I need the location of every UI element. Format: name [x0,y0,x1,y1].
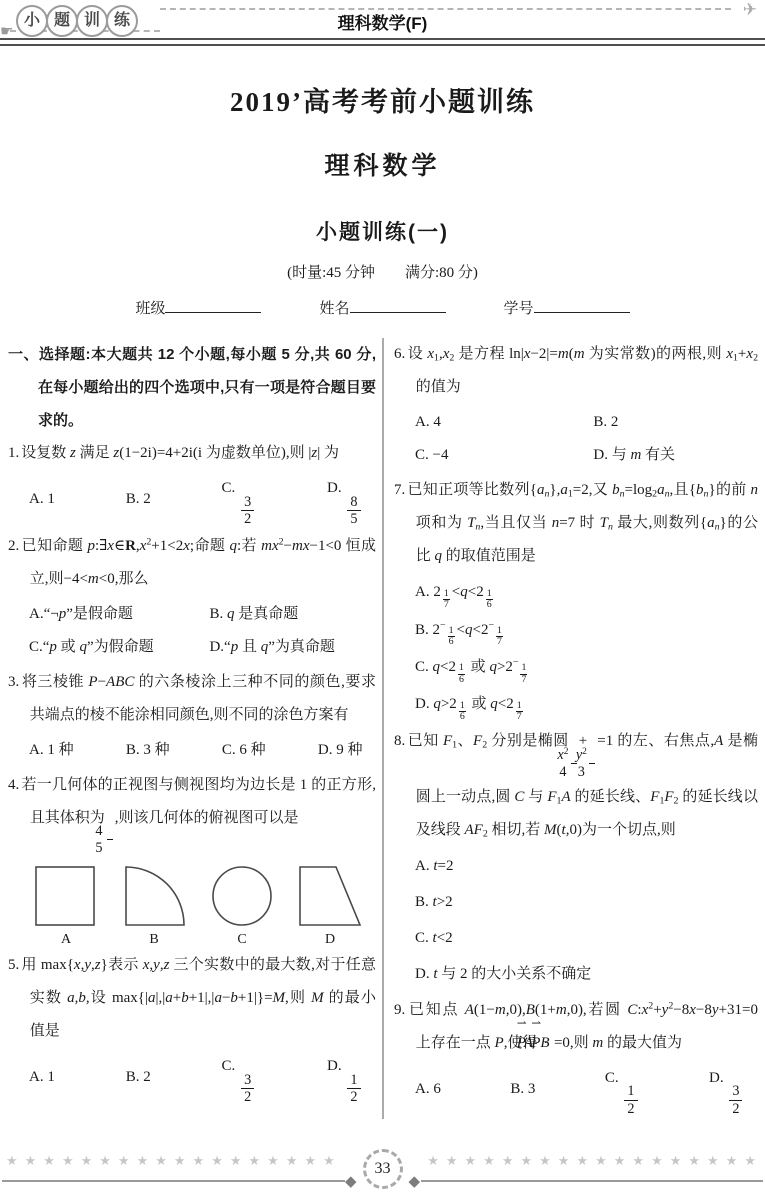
footer-left-segment: ★★★★★★★★★★★★★★★★★★ ◆ [0,1151,357,1191]
circle-figure [206,863,278,929]
class-label: 班级 [135,301,165,317]
main-title: 2019’高考考前小题训练 [0,80,765,119]
question-5: 5.用 max{x,y,z}表示 x,y,z 三个实数中的最大数,对于任意实数 … [8,949,376,1105]
page-number: 33 [375,1160,391,1178]
options-row: A. 1 B. 2 C. 32 D. 85 [8,472,376,527]
options-stack: A. 217<q<216 B. 2−16<q<2−17 C. q<216 或 q… [394,576,758,722]
answer-shape-figures: A B C [8,857,376,949]
shape-label: D [294,931,366,949]
question-stem: 1.设复数 z 满足 z(1−2i)=4+2i(i 为虚数单位),则 |z| 为 [8,437,376,470]
question-stem: 4.若一几何体的正视图与侧视图均为边长是 1 的正方形,且其体积为45,则该几何… [8,769,376,857]
option-a: A.“¬p”是假命题 [29,598,209,631]
footer-rule [2,1180,345,1182]
section-title: 小题训练(一) [0,220,765,246]
question-3: 3.将三棱锥 P−ABC 的六条棱涂上三种不同的颜色,要求共端点的棱不能涂相同颜… [8,666,376,767]
question-2: 2.已知命题 p:∃x∈R,x2+1<2x;命题 q:若 mx2−mx−1<0 … [8,530,376,664]
student-fields: 班级 姓名 学号 [0,297,765,318]
dashed-divider [160,8,731,10]
options-row: A. 6 B. 3 C. 12 D. 32 [394,1062,758,1117]
question-9: 9.已知点 A(1−m,0),B(1+m,0),若圆 C:x2+y2−8x−8y… [394,994,758,1117]
shape-option-c: C [206,863,278,949]
star-row: ★★★★★★★★★★★★★★★★★★ [6,1153,341,1169]
options-row: A. 1 种 B. 3 种 C. 6 种 D. 9 种 [8,734,376,767]
diamond-icon: ◆ [345,1175,357,1190]
option-b: B. 3 [510,1073,535,1106]
exam-meta: (时量:45 分钟 满分:80 分) [0,261,765,282]
question-number: 3. [8,674,19,690]
star-row: ★★★★★★★★★★★★★★★★★★ [425,1153,764,1169]
question-7: 7.已知正项等比数列{an},a1=2,又 bn=log2an,且{bn}的前 … [394,474,758,722]
title-block: 2019’高考考前小题训练 理科数学 小题训练(一) (时量:45 分钟 满分:… [0,0,765,318]
header-rule [0,38,765,46]
question-text: 已知正项等比数列{an},a1=2,又 bn=log2an,且{bn}的前 n … [407,482,758,564]
option-d: D. t 与 2 的大小关系不确定 [415,958,758,991]
option-c: C. −4 [415,439,593,472]
option-a: A. 217<q<216 [415,576,758,610]
shape-label: C [206,931,278,949]
logo-char-circle: 小 [16,5,48,37]
option-a: A. 4 [415,406,593,439]
options-grid: A. 4 B. 2 C. −4 D. 与 m 有关 [394,406,758,472]
student-id-label: 学号 [504,301,534,317]
option-d: D. q>216 或 q<217 [415,688,758,722]
question-number: 5. [8,957,19,973]
shape-label: A [30,931,102,949]
question-text: 设复数 z 满足 z(1−2i)=4+2i(i 为虚数单位),则 |z| 为 [21,445,339,461]
option-c: C. 6 种 [222,734,266,767]
option-b: B. 2 [126,483,151,516]
option-c: C. 32 [222,1050,257,1105]
question-4: 4.若一几何体的正视图与侧视图均为边长是 1 的正方形,且其体积为45,则该几何… [8,769,376,949]
student-id-blank-line [534,297,630,313]
question-number: 6. [394,346,405,362]
trapezoid-figure [294,863,366,929]
class-field: 班级 [135,297,261,318]
question-stem: 7.已知正项等比数列{an},a1=2,又 bn=log2an,且{bn}的前 … [394,474,758,573]
option-b: B. 3 种 [126,734,170,767]
shape-label: B [118,931,190,949]
logo-char-circle: 题 [46,5,78,37]
question-stem: 8.已知 F1、F2 分别是椭圆x24+y23=1 的左、右焦点,A 是椭圆上一… [394,725,758,846]
question-text: 已知 F1、F2 分别是椭圆x24+y23=1 的左、右焦点,A 是椭圆上一动点… [407,733,758,837]
right-column: 6.设 x1,x2 是方程 ln|x−2|=m(m 为实常数)的两根,则 x1+… [384,338,758,1119]
question-stem: 2.已知命题 p:∃x∈R,x2+1<2x;命题 q:若 mx2−mx−1<0 … [8,530,376,596]
question-columns: 一、选择题:本大题共 12 个小题,每小题 5 分,共 60 分,在每小题给出的… [0,338,765,1119]
option-c: C. 32 [222,472,257,527]
option-d: D. 85 [327,472,362,527]
page-number-badge: 33 [363,1149,403,1189]
option-d: D. 9 种 [318,734,363,767]
question-1: 1.设复数 z 满足 z(1−2i)=4+2i(i 为虚数单位),则 |z| 为… [8,437,376,527]
option-a: A. 6 [415,1073,441,1106]
class-blank-line [165,297,261,313]
question-text: 用 max{x,y,z}表示 x,y,z 三个实数中的最大数,对于任意实数 a,… [21,957,376,1039]
option-c: C. 12 [605,1062,640,1117]
question-text: 若一几何体的正视图与侧视图均为边长是 1 的正方形,且其体积为45,则该几何体的… [21,777,376,826]
options-row: A. 1 B. 2 C. 32 D. 12 [8,1050,376,1105]
question-stem: 9.已知点 A(1−m,0),B(1+m,0),若圆 C:x2+y2−8x−8y… [394,994,758,1060]
option-b: B. t>2 [415,886,758,919]
name-field: 姓名 [319,297,445,318]
page-header: ☛ 小 题 训 练 ✈ 理科数学(F) [0,0,765,46]
question-stem: 3.将三棱锥 P−ABC 的六条棱涂上三种不同的颜色,要求共端点的棱不能涂相同颜… [8,666,376,732]
options-stack: A. t=2 B. t>2 C. t<2 D. t 与 2 的大小关系不确定 [394,850,758,991]
name-blank-line [350,297,446,313]
option-c: C. q<216 或 q>2−17 [415,651,758,685]
question-number: 8. [394,733,405,749]
question-6: 6.设 x1,x2 是方程 ln|x−2|=m(m 为实常数)的两根,则 x1+… [394,338,758,472]
options-grid: A.“¬p”是假命题 B. q 是真命题 C.“p 或 q”为假命题 D.“p … [8,598,376,664]
page-footer: ★★★★★★★★★★★★★★★★★★ ◆ 33 ★★★★★★★★★★★★★★★★… [0,1149,765,1191]
option-d: D.“p 且 q”为真命题 [209,631,376,664]
option-b: B. 2−16<q<2−17 [415,614,758,648]
question-stem: 6.设 x1,x2 是方程 ln|x−2|=m(m 为实常数)的两根,则 x1+… [394,338,758,404]
shape-option-d: D [294,863,366,949]
question-8: 8.已知 F1、F2 分别是椭圆x24+y23=1 的左、右焦点,A 是椭圆上一… [394,725,758,990]
option-b: B. q 是真命题 [209,598,376,631]
section-instructions: 一、选择题:本大题共 12 个小题,每小题 5 分,共 60 分,在每小题给出的… [8,338,376,437]
question-number: 4. [8,777,19,793]
logo-char-circle: 训 [76,5,108,37]
question-text: 已知点 A(1−m,0),B(1+m,0),若圆 C:x2+y2−8x−8y+3… [407,1002,758,1051]
footer-right-segment: ★★★★★★★★★★★★★★★★★★ ◆ [409,1151,765,1191]
option-a: A. 1 种 [29,734,74,767]
question-number: 1. [8,445,19,461]
name-label: 姓名 [319,301,349,317]
question-text: 已知命题 p:∃x∈R,x2+1<2x;命题 q:若 mx2−mx−1<0 恒成… [21,538,376,587]
footer-rule [421,1180,764,1182]
shape-option-b: B [118,863,190,949]
option-a: A. 1 [29,1061,55,1094]
question-text: 将三棱锥 P−ABC 的六条棱涂上三种不同的颜色,要求共端点的棱不能涂相同颜色,… [21,674,376,723]
subject-title: 理科数学 [0,146,765,182]
question-number: 9. [394,1002,405,1018]
option-d: D. 与 m 有关 [593,439,758,472]
option-c: C. t<2 [415,922,758,955]
left-column: 一、选择题:本大题共 12 个小题,每小题 5 分,共 60 分,在每小题给出的… [8,338,382,1119]
exam-page: ☛ 小 题 训 练 ✈ 理科数学(F) 2019’高考考前小题训练 理科数学 小… [0,0,765,1197]
diamond-icon: ◆ [409,1175,421,1190]
question-text: 设 x1,x2 是方程 ln|x−2|=m(m 为实常数)的两根,则 x1+x2… [407,346,758,395]
option-d: D. 12 [327,1050,362,1105]
question-stem: 5.用 max{x,y,z}表示 x,y,z 三个实数中的最大数,对于任意实数 … [8,949,376,1048]
option-a: A. 1 [29,483,55,516]
option-c: C.“p 或 q”为假命题 [29,631,209,664]
option-b: B. 2 [126,1061,151,1094]
quarter-circle-figure [118,863,190,929]
logo-char-circle: 练 [106,5,138,37]
shape-option-a: A [30,863,102,949]
square-figure [30,863,102,929]
question-number: 7. [394,482,405,498]
option-a: A. t=2 [415,850,758,883]
student-id-field: 学号 [504,297,630,318]
question-number: 2. [8,538,19,554]
option-d: D. 32 [709,1062,744,1117]
option-b: B. 2 [593,406,758,439]
